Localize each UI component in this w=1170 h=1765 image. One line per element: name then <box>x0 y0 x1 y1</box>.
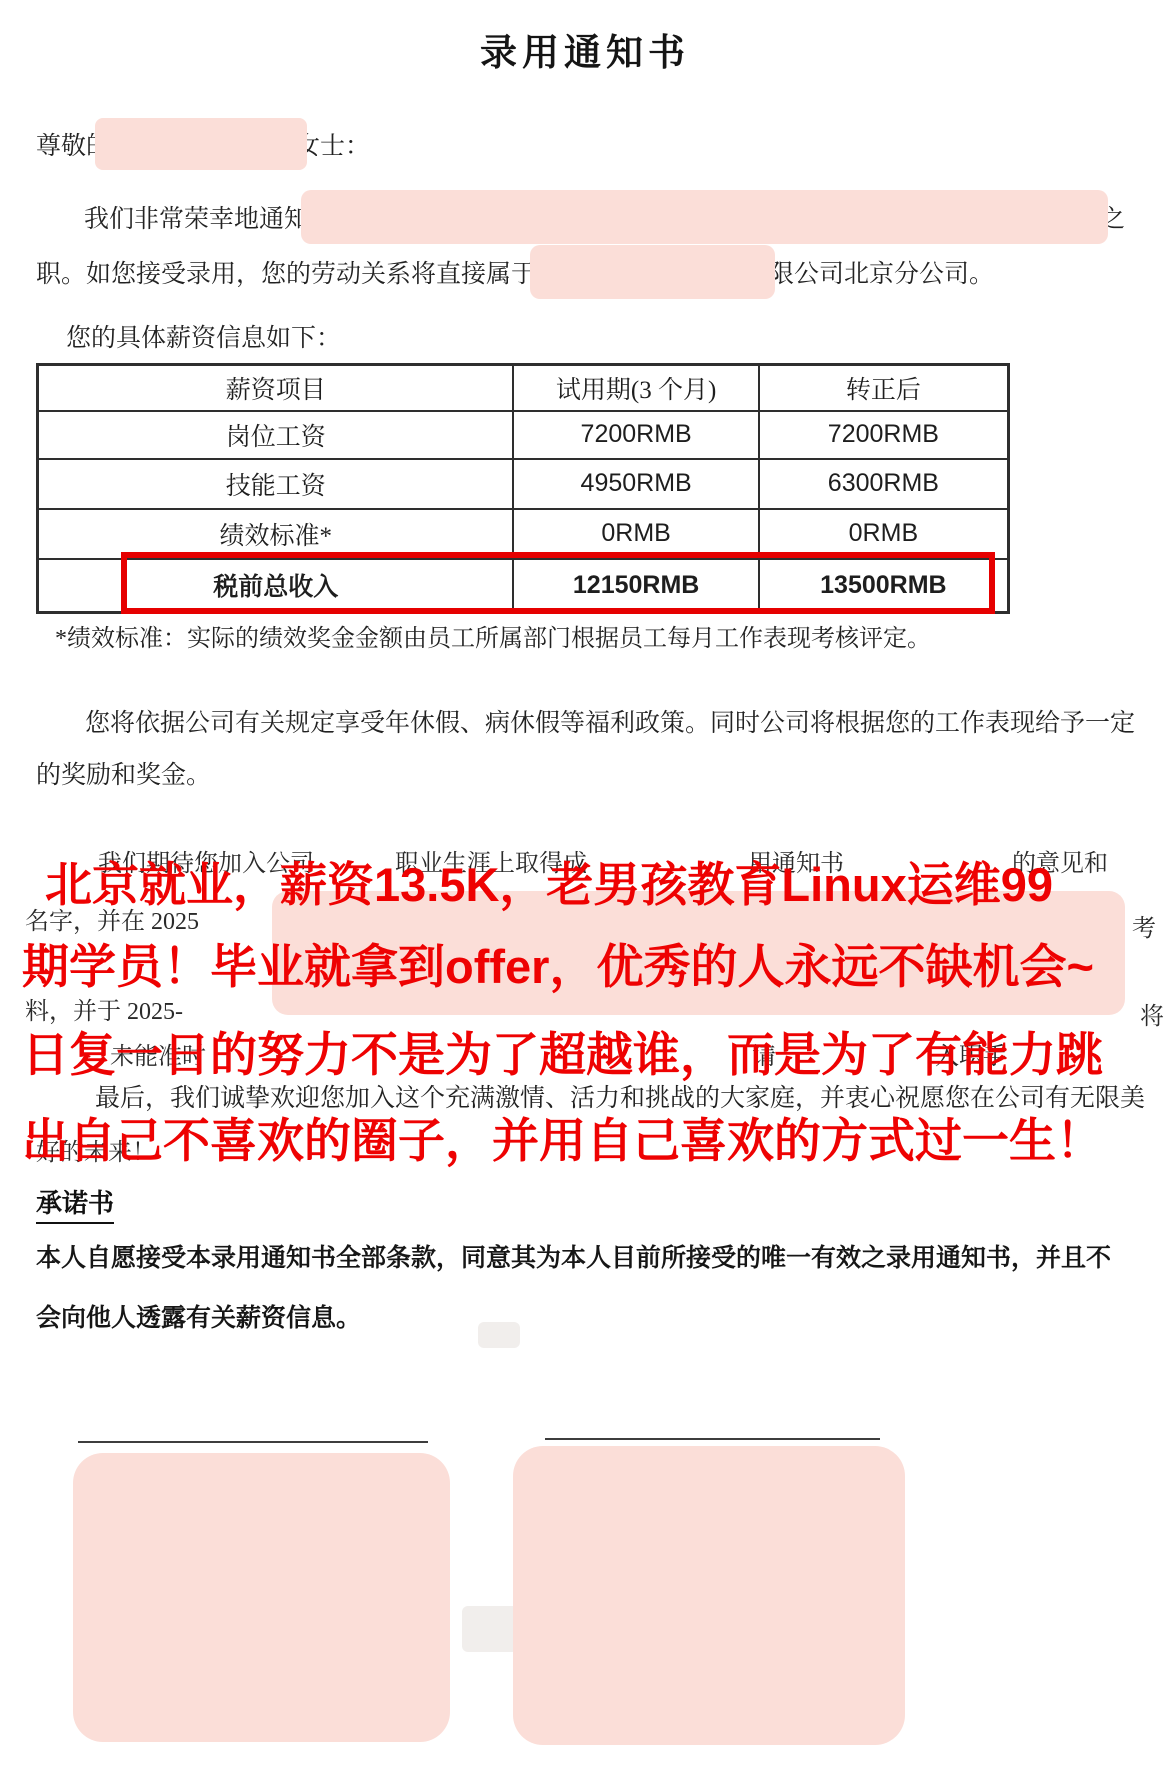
intro-line-2: 职。如您接受录用，您的劳动关系将直接属于 限公司北京分公司。 <box>36 245 994 299</box>
salary-intro: 您的具体薪资信息如下： <box>66 318 341 354</box>
cell-after-confirm: 7200RMB <box>759 411 1009 459</box>
overlay-text-line-1: 北京就业，薪资13.5K，老男孩教育Linux运维99 <box>45 848 1053 915</box>
table-row: 岗位工资 7200RMB 7200RMB <box>38 411 1009 459</box>
header-probation: 试用期(3 个月) <box>513 365 758 411</box>
cell-probation: 7200RMB <box>513 411 758 459</box>
bg-fragment: 将 <box>1140 996 1164 1031</box>
overlay-text-line-2: 期学员！毕业就拿到offer，优秀的人永远不缺机会~ <box>22 930 1094 997</box>
table-row: 绩效标准* 0RMB 0RMB <box>38 509 1009 559</box>
cell-probation: 4950RMB <box>513 459 758 509</box>
table-header-row: 薪资项目 试用期(3 个月) 转正后 <box>38 365 1009 411</box>
table-row: 技能工资 4950RMB 6300RMB <box>38 459 1009 509</box>
red-highlight-frame <box>121 552 995 614</box>
cell-item: 绩效标准* <box>38 509 514 559</box>
page-title: 录用通知书 <box>0 22 1170 76</box>
header-after-confirm: 转正后 <box>759 365 1009 411</box>
intro-line-1: 我们非常荣幸地通知 之 <box>36 190 1125 244</box>
cell-after-confirm: 0RMB <box>759 509 1009 559</box>
signature-line-left <box>78 1441 428 1443</box>
watermark-mark <box>462 1606 518 1652</box>
cell-after-confirm: 6300RMB <box>759 459 1009 509</box>
offer-letter-page: 录用通知书 尊敬的 女士： 我们非常荣幸地通知 之 职。如您接受录用，您的劳动关… <box>0 0 1170 1765</box>
watermark-mark <box>478 1322 520 1348</box>
cell-item: 岗位工资 <box>38 411 514 459</box>
signature-line-right <box>545 1438 880 1440</box>
overlay-text-line-4: 出自己不喜欢的圈子，并用自己喜欢的方式过一生！ <box>22 1104 1103 1171</box>
benefits-line-1: 您将依据公司有关规定享受年休假、病休假等福利政策。同时公司将根据您的工作表现给予… <box>85 703 1135 739</box>
redaction-box-signature-right <box>513 1446 905 1745</box>
promise-heading: 承诺书 <box>36 1183 114 1224</box>
overlay-text-line-3: 日复一日的努力不是为了超越谁，而是为了有能力跳 <box>22 1018 1103 1085</box>
promise-line-1: 本人自愿接受本录用通知书全部条款，同意其为本人目前所接受的唯一有效之录用通知书，… <box>36 1238 1111 1274</box>
redaction-box-signature-left <box>73 1453 450 1742</box>
bg-fragment: 考 <box>1132 908 1156 943</box>
cell-probation: 0RMB <box>513 509 758 559</box>
promise-line-2: 会向他人透露有关薪资信息。 <box>36 1298 361 1334</box>
cell-item: 技能工资 <box>38 459 514 509</box>
greeting-line: 尊敬的 女士： <box>36 118 370 170</box>
intro-line2-suffix: 限公司北京分公司。 <box>769 254 994 290</box>
benefits-line-2: 的奖励和奖金。 <box>36 755 211 791</box>
redaction-box-position <box>301 190 1108 244</box>
footnote: *绩效标准：实际的绩效奖金金额由员工所属部门根据员工每月工作表现考核评定。 <box>55 618 931 653</box>
redaction-box-name <box>95 118 307 170</box>
intro-line1-prefix: 我们非常荣幸地通知 <box>36 199 309 235</box>
header-salary-item: 薪资项目 <box>38 365 514 411</box>
redaction-box-company <box>530 245 775 299</box>
intro-line2-prefix: 职。如您接受录用，您的劳动关系将直接属于 <box>36 254 536 290</box>
